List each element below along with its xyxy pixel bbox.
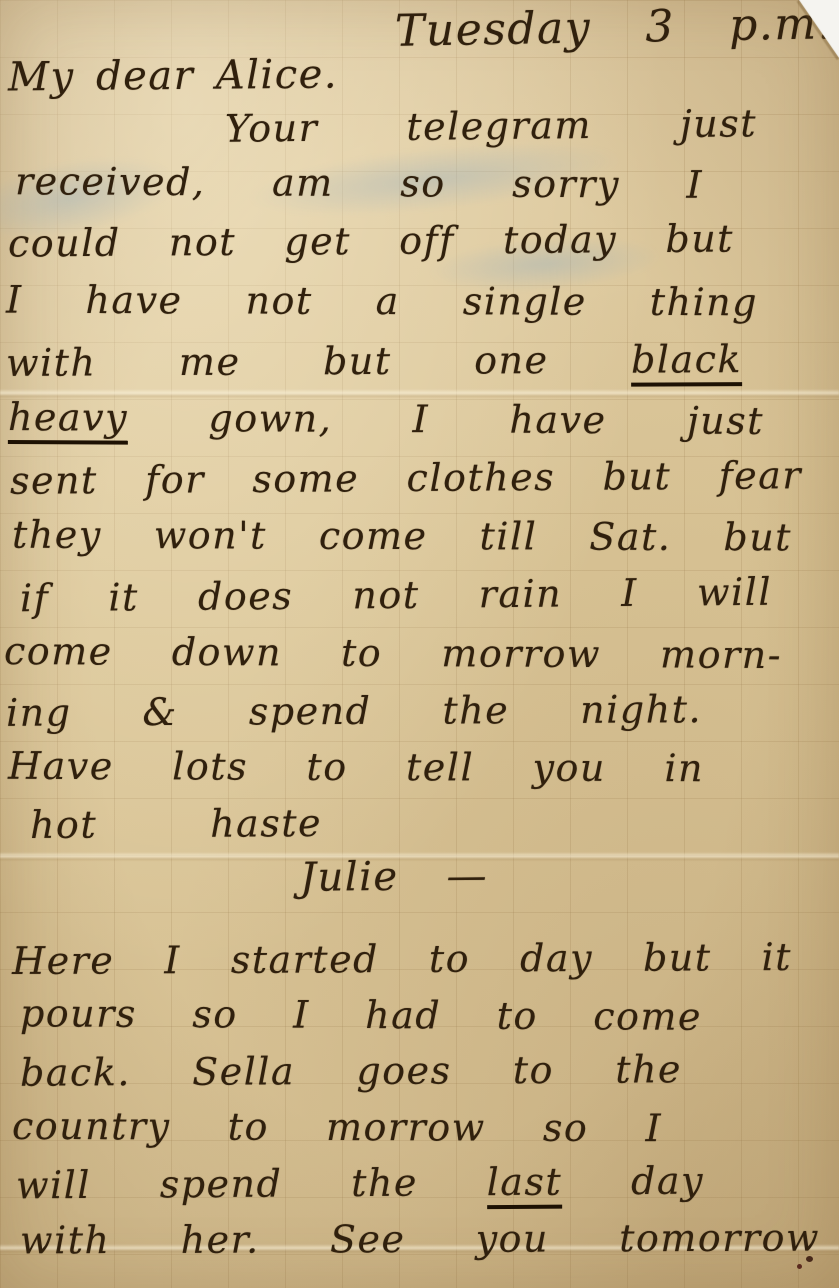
line-text: country to morrow so I	[12, 1104, 662, 1150]
ink-blot	[806, 1256, 813, 1262]
line-text: come down to morrow morn-	[4, 629, 782, 677]
letter-line: country to morrow so I	[12, 1104, 662, 1152]
signature-text: Julie —	[300, 853, 488, 901]
line-text: pours so I had to come	[20, 991, 702, 1039]
letter-line: with her. See you tomorrow	[20, 1216, 820, 1264]
letter-line: pours so I had to come	[20, 991, 702, 1040]
letter-line: received, am so sorry I	[15, 159, 703, 208]
underlined-text: heavy	[8, 395, 128, 445]
line-text: with me but one	[6, 338, 631, 385]
salutation-text: My dear Alice.	[8, 52, 338, 101]
line-text: I have not a single thing	[6, 278, 758, 325]
letter-line: ing & spend the night.	[6, 687, 702, 736]
line-text: with her. See you tomorrow	[20, 1216, 820, 1263]
line-text: gown, I have just	[128, 396, 764, 443]
line-text: sent for some clothes but fear	[10, 453, 802, 503]
line-text: day	[562, 1159, 704, 1204]
line-text: Have lots to tell you in	[8, 744, 704, 790]
letter-line: I have not a single thing	[6, 278, 758, 326]
line-text: ing & spend the night.	[6, 687, 702, 735]
letter-line: heavy gown, I have just	[8, 395, 764, 445]
ink-blot	[797, 1264, 802, 1269]
letter-paper: Tuesday 3 p.m. My dear Alice. Your teleg…	[0, 0, 839, 1288]
letter-line: sent for some clothes but fear	[10, 453, 802, 504]
letter-line: Your telegram just	[225, 101, 757, 152]
dateline-text: Tuesday 3 p.m.	[395, 0, 834, 57]
letter-line: Have lots to tell you in	[8, 744, 704, 792]
letter-salutation: My dear Alice.	[8, 51, 338, 102]
underlined-text: black	[631, 337, 742, 387]
letter-line: will spend the last day	[16, 1159, 704, 1209]
letter-line: hot haste	[30, 801, 322, 849]
letter-line: come down to morrow morn-	[4, 629, 782, 679]
line-text: Here I started to day but it	[12, 935, 792, 983]
line-text: will spend the	[16, 1160, 487, 1207]
underlined-text: last	[487, 1160, 563, 1210]
letter-signature: Julie —	[300, 852, 488, 902]
line-text: they won't come till Sat. but	[12, 513, 792, 560]
letter-line: Here I started to day but it	[12, 935, 792, 985]
letter-line: if it does not rain I will	[20, 570, 772, 622]
line-text: hot haste	[30, 801, 322, 847]
line-text: could not get off today but	[8, 216, 734, 265]
line-text: back. Sella goes to the	[20, 1047, 682, 1094]
letter-line: they won't come till Sat. but	[12, 513, 792, 561]
letter-line: back. Sella goes to the	[20, 1047, 682, 1096]
letter-dateline: Tuesday 3 p.m.	[395, 0, 834, 59]
letter-line: could not get off today but	[8, 216, 734, 267]
line-text: received, am so sorry I	[15, 159, 703, 207]
letter-line: with me but one black	[6, 337, 742, 386]
line-text: Your telegram just	[225, 101, 757, 151]
line-text: if it does not rain I will	[20, 570, 772, 621]
